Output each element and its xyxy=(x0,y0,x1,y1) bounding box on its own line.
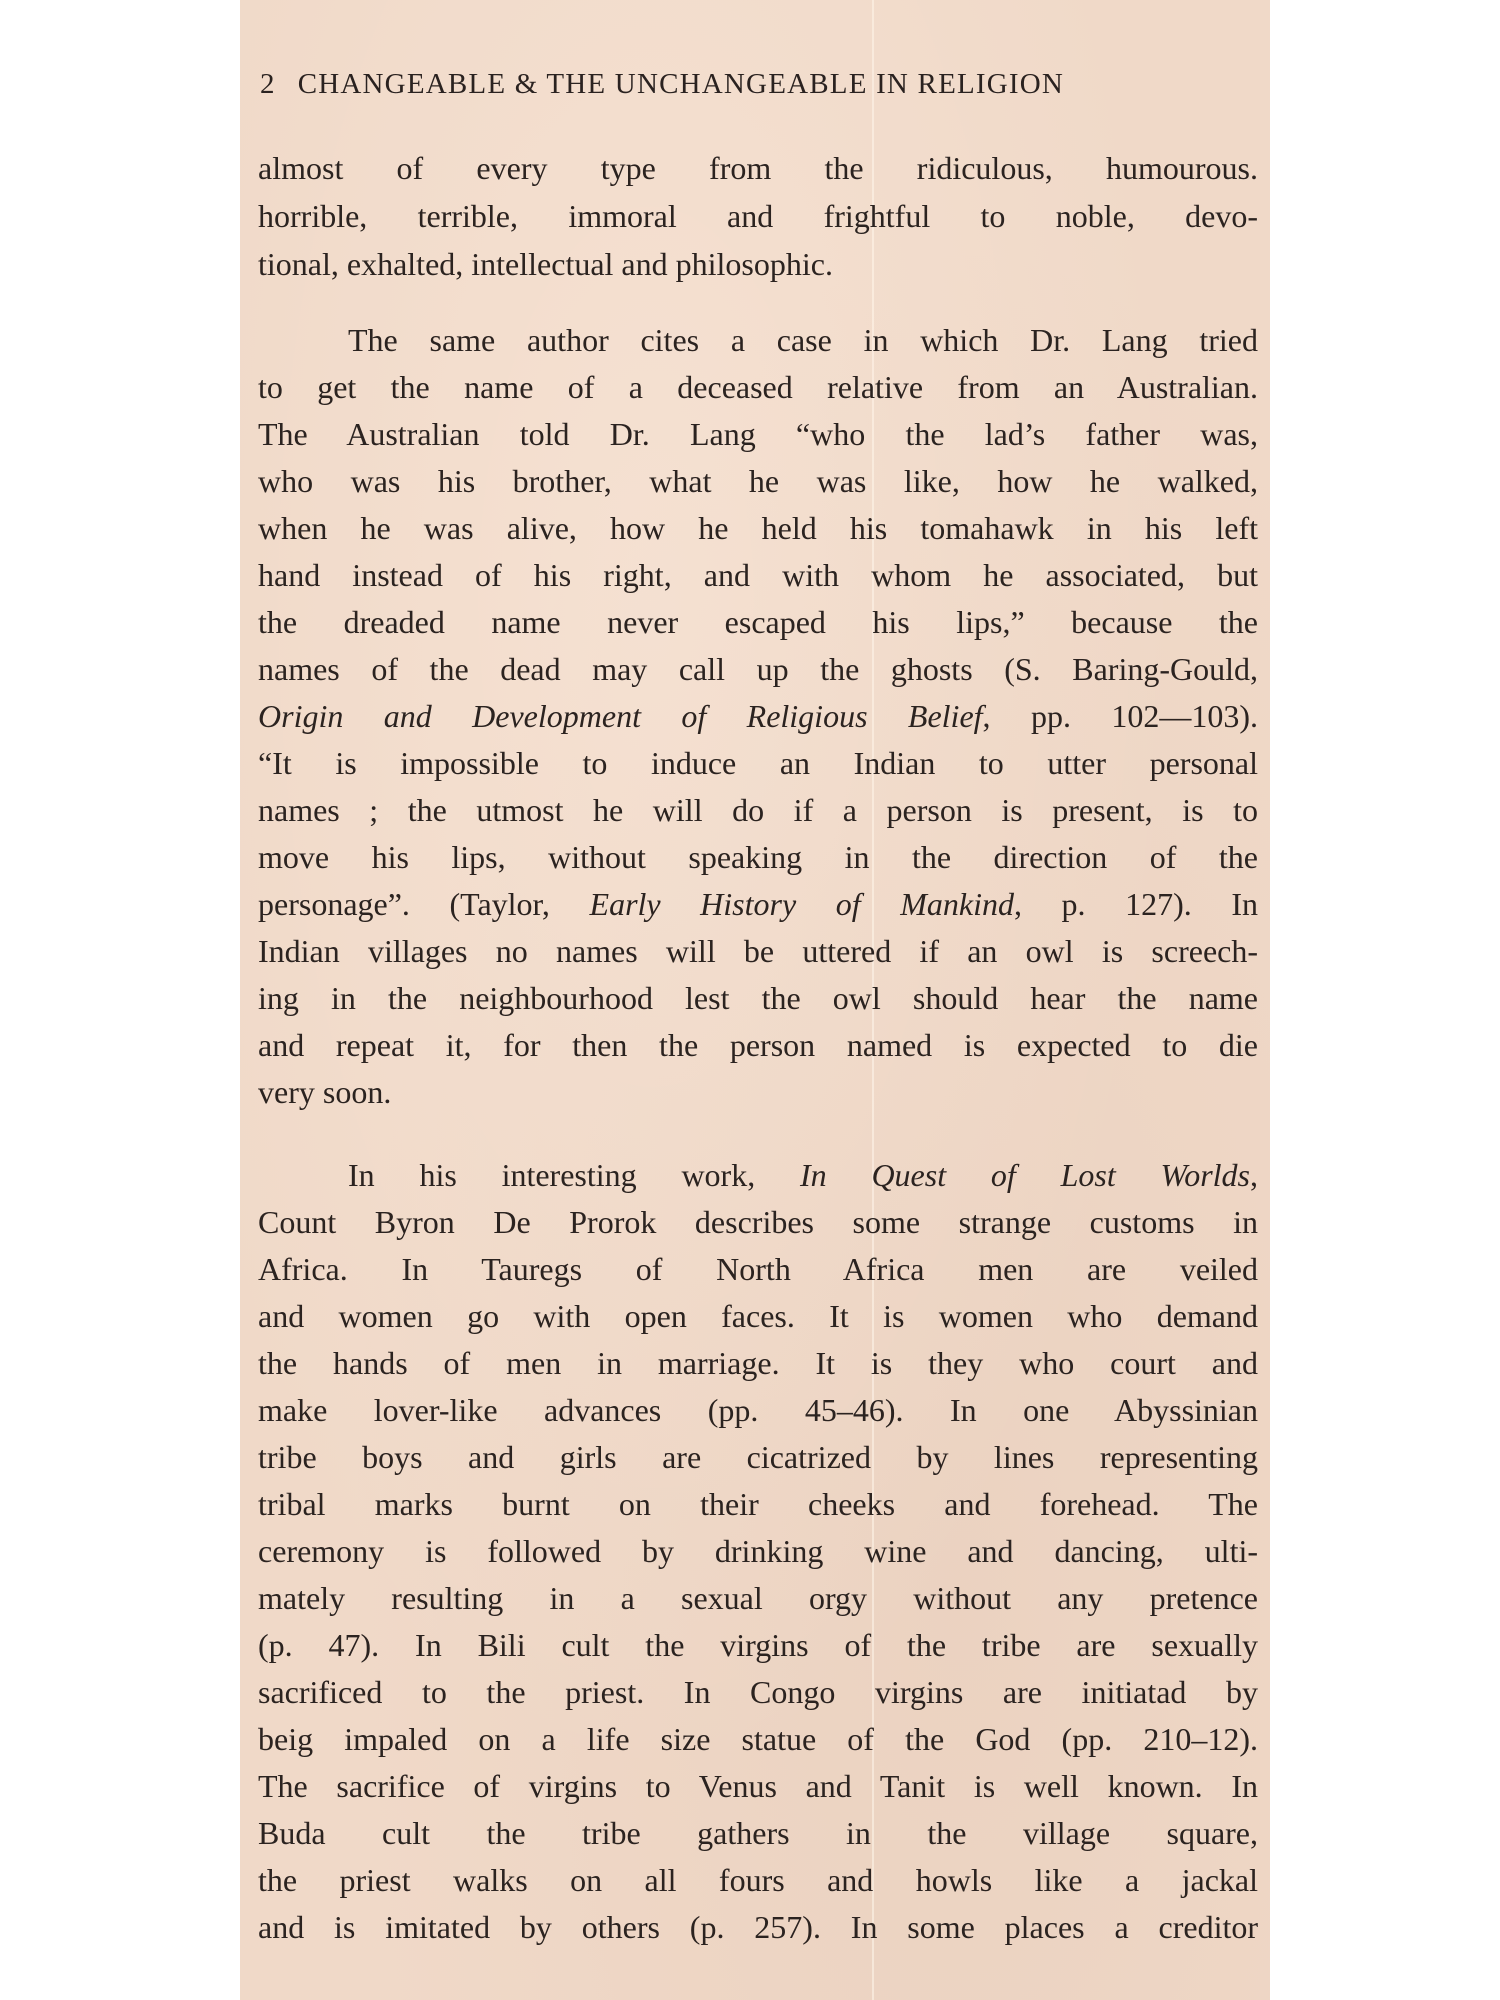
book-title-italic: Origin and Development of Religious Beli… xyxy=(258,698,983,734)
text-line: very soon. xyxy=(258,1072,1258,1112)
text-line: Africa. In Tauregs of North Africa men a… xyxy=(258,1249,1258,1289)
text-line: the dreaded name never escaped his lips,… xyxy=(258,602,1258,642)
page-number: 2 xyxy=(260,68,276,100)
text-line-with-citation: personage”. (Taylor, Early History of Ma… xyxy=(258,884,1258,924)
text-line: tribe boys and girls are cicatrized by l… xyxy=(258,1437,1258,1477)
text-line: ceremony is followed by drinking wine an… xyxy=(258,1531,1258,1571)
text-line: move his lips, without speaking in the d… xyxy=(258,837,1258,877)
text-line: beig impaled on a life size statue of th… xyxy=(258,1719,1258,1759)
text-line: sacrificed to the priest. In Congo virgi… xyxy=(258,1672,1258,1712)
text-line: ing in the neighbourhood lest the owl sh… xyxy=(258,978,1258,1018)
text-line: when he was alive, how he held his tomah… xyxy=(258,508,1258,548)
book-title-italic: In Quest of Lost Worlds xyxy=(800,1157,1250,1193)
text-line: names of the dead may call up the ghosts… xyxy=(258,649,1258,689)
running-title: CHANGEABLE & THE UNCHANGEABLE IN RELIGIO… xyxy=(298,68,1064,100)
text-line: The sacrifice of virgins to Venus and Ta… xyxy=(258,1766,1258,1806)
text-line-with-citation: In his interesting work, In Quest of Los… xyxy=(348,1155,1258,1195)
text-line: tional, exhalted, intellectual and philo… xyxy=(258,244,1258,284)
text-line: The Australian told Dr. Lang “who the la… xyxy=(258,414,1258,454)
text-line: horrible, terrible, immoral and frightfu… xyxy=(258,196,1258,236)
text-line: Count Byron De Prorok describes some str… xyxy=(258,1202,1258,1242)
book-title-italic: Early History of Mankind xyxy=(590,886,1014,922)
text-line: mately resulting in a sexual orgy withou… xyxy=(258,1578,1258,1618)
text-line: “It is impossible to induce an Indian to… xyxy=(258,743,1258,783)
text-line: and repeat it, for then the person named… xyxy=(258,1025,1258,1065)
text-line: Buda cult the tribe gathers in the villa… xyxy=(258,1813,1258,1853)
text-line: make lover-like advances (pp. 45–46). In… xyxy=(258,1390,1258,1430)
text-line: the priest walks on all fours and howls … xyxy=(258,1860,1258,1900)
running-header: 2CHANGEABLE & THE UNCHANGEABLE IN RELIGI… xyxy=(260,68,1260,101)
text-line: who was his brother, what he was like, h… xyxy=(258,461,1258,501)
text-line: tribal marks burnt on their cheeks and f… xyxy=(258,1484,1258,1524)
text-line: almost of every type from the ridiculous… xyxy=(258,148,1258,188)
text-line: names ; the utmost he will do if a perso… xyxy=(258,790,1258,830)
text-line: The same author cites a case in which Dr… xyxy=(348,320,1258,360)
text-line: Indian villages no names will be uttered… xyxy=(258,931,1258,971)
text-line: to get the name of a deceased relative f… xyxy=(258,367,1258,407)
text-line-with-citation: Origin and Development of Religious Beli… xyxy=(258,696,1258,736)
text-line: hand instead of his right, and with whom… xyxy=(258,555,1258,595)
text-line: the hands of men in marriage. It is they… xyxy=(258,1343,1258,1383)
text-line: and women go with open faces. It is wome… xyxy=(258,1296,1258,1336)
text-line: (p. 47). In Bili cult the virgins of the… xyxy=(258,1625,1258,1665)
book-page: 2CHANGEABLE & THE UNCHANGEABLE IN RELIGI… xyxy=(240,0,1270,2000)
text-line: and is imitated by others (p. 257). In s… xyxy=(258,1907,1258,1947)
